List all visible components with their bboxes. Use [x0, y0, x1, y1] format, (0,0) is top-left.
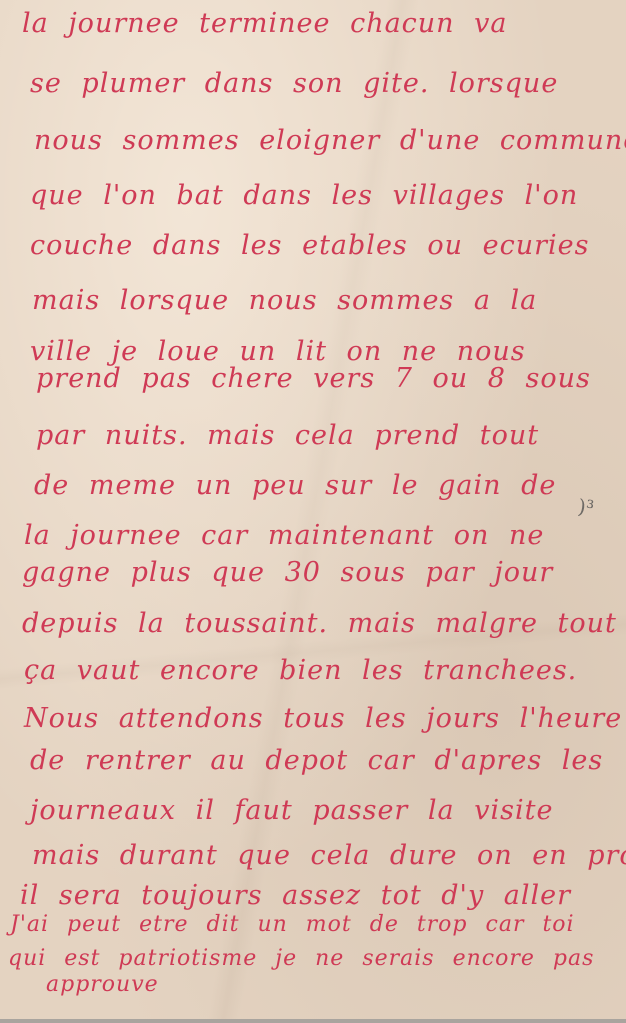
letter-line-15: Nous attendons tous les jours l'heure	[24, 703, 622, 734]
letter-line-6: mais lorsque nous sommes a la	[32, 285, 537, 316]
letter-line-10: de meme un peu sur le gain de	[34, 470, 556, 501]
letter-line-14: ça vaut encore bien les tranchees.	[24, 655, 577, 686]
letter-line-21: qui est patriotisme je ne serais encore …	[8, 946, 594, 971]
letter-line-17: journeaux il faut passer la visite	[30, 795, 553, 826]
letter-line-5: couche dans les etables ou ecuries	[30, 230, 589, 261]
letter-page: la journee terminee chacun va se plumer …	[0, 0, 626, 1023]
letter-line-8: prend pas chere vers 7 ou 8 sous	[36, 363, 591, 394]
letter-line-19: il sera toujours assez tot d'y aller	[20, 880, 571, 911]
letter-line-12: gagne plus que 30 sous par jour	[22, 557, 553, 588]
page-edge	[0, 1019, 626, 1023]
letter-line-11: la journee car maintenant on ne	[24, 520, 544, 551]
letter-line-9: par nuits. mais cela prend tout	[36, 420, 539, 451]
letter-line-3: nous sommes eloigner d'une commune	[34, 125, 626, 156]
letter-line-22: approuve	[46, 972, 159, 997]
letter-line-2: se plumer dans son gite. lorsque	[30, 68, 558, 99]
margin-annotation: )³	[576, 494, 595, 520]
letter-line-18: mais durant que cela dure on en profite	[32, 840, 626, 871]
letter-line-4: que l'on bat dans les villages l'on	[30, 180, 578, 211]
letter-line-13: depuis la toussaint. mais malgre tout	[22, 608, 617, 639]
letter-line-20: J'ai peut etre dit un mot de trop car to…	[10, 912, 575, 937]
letter-line-1: la journee terminee chacun va	[22, 8, 508, 39]
letter-line-16: de rentrer au depot car d'apres les	[30, 745, 603, 776]
